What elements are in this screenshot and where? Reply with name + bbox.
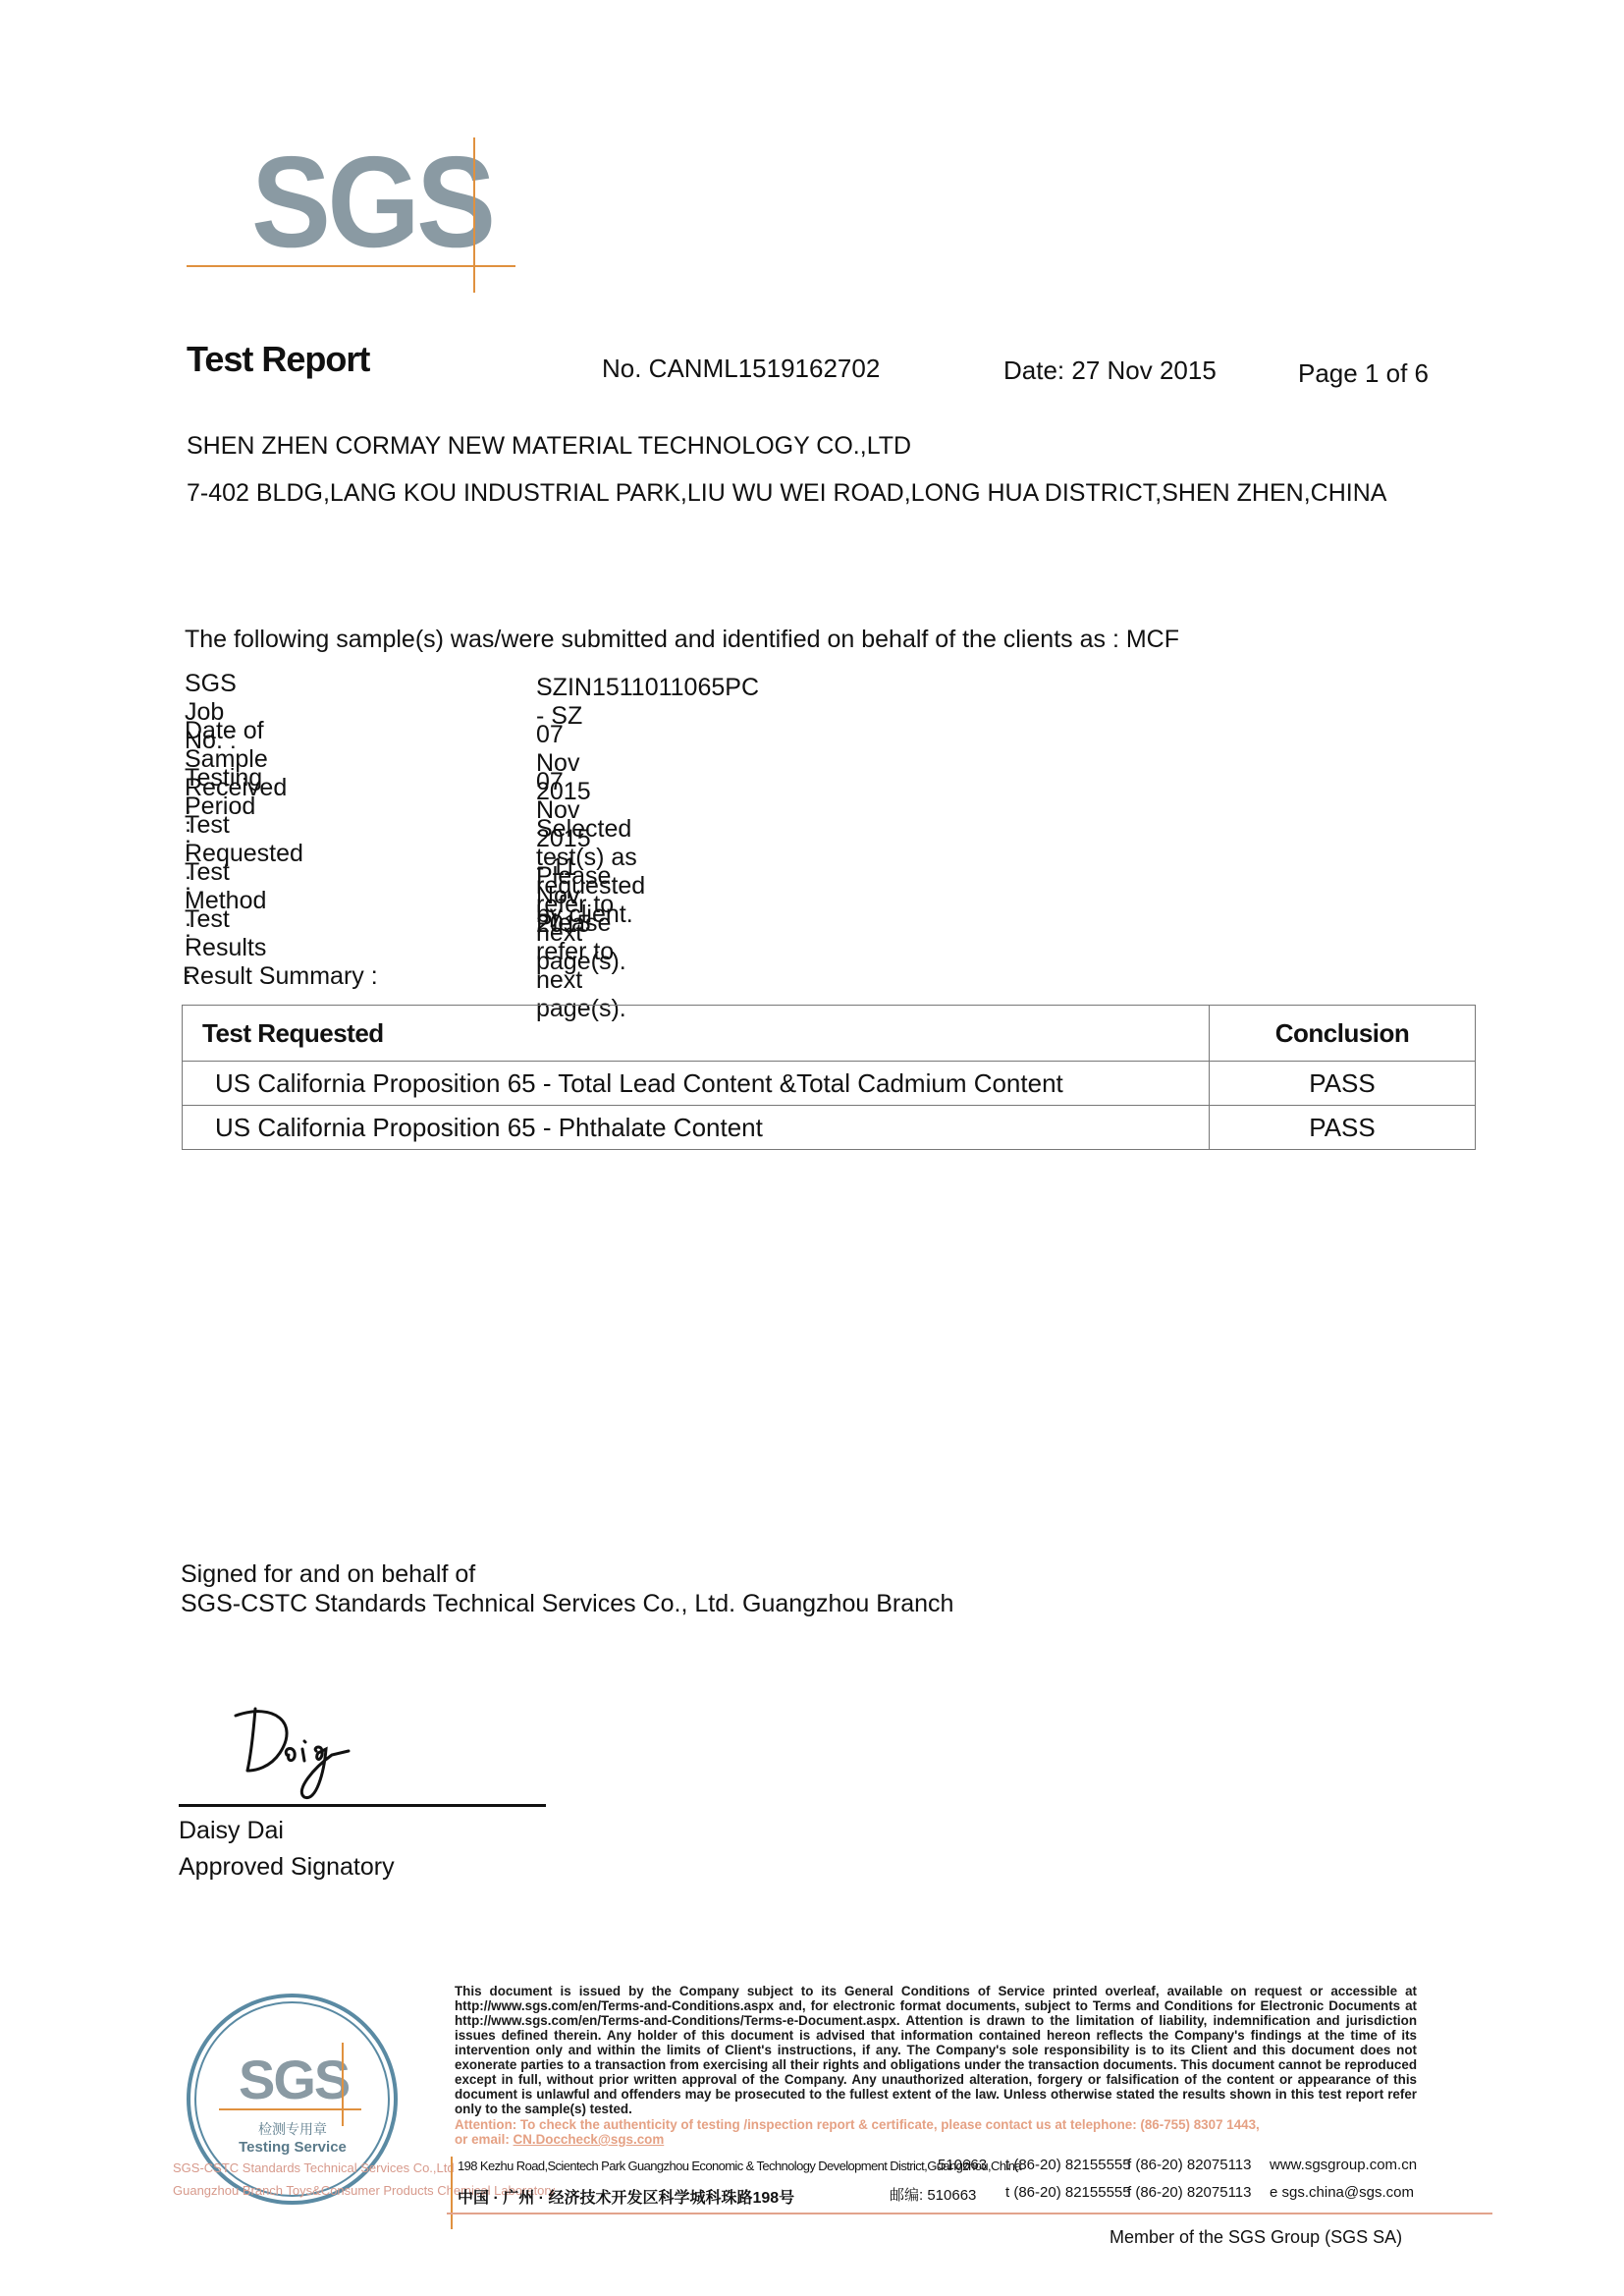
test-name-cell: US California Proposition 65 - Total Lea…	[183, 1062, 1210, 1106]
postcode-chinese: 邮编: 510663	[890, 2184, 976, 2205]
table-row: US California Proposition 65 - Total Lea…	[183, 1062, 1476, 1106]
stamp-service-label: Testing Service	[175, 2139, 410, 2156]
signed-for-text: Signed for and on behalf of	[181, 1559, 953, 1589]
sgs-logo: SGS	[187, 118, 520, 275]
column-header-conclusion: Conclusion	[1210, 1006, 1476, 1062]
authenticity-email-line: or email: CN.Doccheck@sgs.com	[455, 2132, 1417, 2147]
authenticity-notice-text: Attention: To check the authenticity of …	[455, 2117, 1417, 2132]
legal-disclaimer: This document is issued by the Company s…	[455, 1984, 1417, 2116]
sample-intro: The following sample(s) was/were submitt…	[185, 626, 1179, 654]
signing-organization: SGS-CSTC Standards Technical Services Co…	[181, 1589, 953, 1618]
logo-horizontal-rule	[187, 265, 515, 267]
contact-email-link[interactable]: e sgs.china@sgs.com	[1270, 2184, 1414, 2201]
footer-rule	[447, 2213, 1492, 2214]
document-title: Test Report	[187, 339, 369, 380]
stamp-chinese-label: 检测专用章	[175, 2119, 410, 2139]
page-number: Page 1 of 6	[1298, 358, 1429, 389]
stamp-company-line: SGS-CSTC Standards Technical Services Co…	[173, 2160, 455, 2175]
logo-vertical-rule	[473, 137, 475, 293]
conclusion-cell: PASS	[1210, 1062, 1476, 1106]
client-address: 7-402 BLDG,LANG KOU INDUSTRIAL PARK,LIU …	[187, 479, 1386, 508]
handwritten-signature-icon	[226, 1694, 461, 1812]
telephone: t (86-20) 82155555	[1005, 2157, 1131, 2173]
stamp-logo-rule	[219, 2108, 361, 2110]
website-link[interactable]: www.sgsgroup.com.cn	[1270, 2157, 1417, 2173]
sgs-membership-note: Member of the SGS Group (SGS SA)	[1110, 2227, 1402, 2248]
signature-line	[179, 1804, 546, 1807]
postcode-english: 510663	[938, 2157, 987, 2173]
logo-text: SGS	[251, 137, 492, 267]
signed-for-block: Signed for and on behalf of SGS-CSTC Sta…	[181, 1559, 953, 1618]
telephone-cn: t (86-20) 82155555	[1005, 2184, 1131, 2201]
signer-title: Approved Signatory	[179, 1853, 395, 1882]
authenticity-notice: Attention: To check the authenticity of …	[455, 2117, 1417, 2147]
fax: f (86-20) 82075113	[1127, 2157, 1251, 2173]
signer-name: Daisy Dai	[179, 1817, 284, 1845]
footer-vertical-rule	[451, 2157, 453, 2229]
email-prefix: or email:	[455, 2132, 514, 2147]
address-chinese: 中国 · 广州 · 经济技术开发区科学城科珠路198号	[458, 2185, 794, 2208]
client-name: SHEN ZHEN CORMAY NEW MATERIAL TECHNOLOGY…	[187, 432, 911, 461]
address-english: 198 Kezhu Road,Scientech Park Guangzhou …	[458, 2159, 1021, 2173]
stamp-logo-vrule	[342, 2043, 344, 2126]
test-name-cell: US California Proposition 65 - Phthalate…	[183, 1106, 1210, 1150]
conclusion-cell: PASS	[1210, 1106, 1476, 1150]
table-header-row: Test Requested Conclusion	[183, 1006, 1476, 1062]
stamp-logo-text: SGS	[239, 2048, 349, 2111]
table-row: US California Proposition 65 - Phthalate…	[183, 1106, 1476, 1150]
result-summary-label: Result Summary :	[183, 962, 378, 991]
doccheck-email-link[interactable]: CN.Doccheck@sgs.com	[514, 2132, 665, 2147]
report-number: No. CANML1519162702	[602, 354, 880, 384]
report-date: Date: 27 Nov 2015	[1003, 355, 1217, 386]
fax-cn: f (86-20) 82075113	[1127, 2184, 1251, 2201]
result-summary-table: Test Requested Conclusion US California …	[182, 1005, 1476, 1150]
testing-service-stamp: SGS 检测专用章 Testing Service SGS-CSTC Stand…	[175, 1994, 450, 2210]
column-header-test: Test Requested	[183, 1006, 1210, 1062]
